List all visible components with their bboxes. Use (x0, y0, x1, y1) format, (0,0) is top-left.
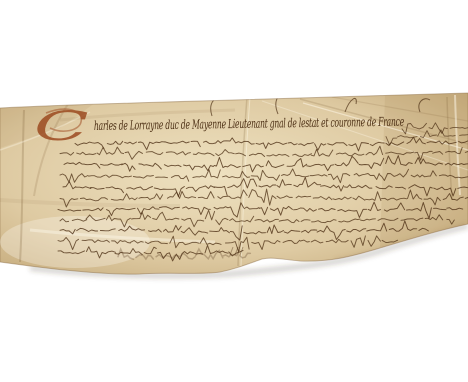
manuscript-photo: C harles de Lorrayne duc de Mayenne Lieu… (0, 0, 468, 382)
illuminated-initial: C (34, 103, 89, 150)
parchment-document: C harles de Lorrayne duc de Mayenne Lieu… (0, 0, 468, 382)
